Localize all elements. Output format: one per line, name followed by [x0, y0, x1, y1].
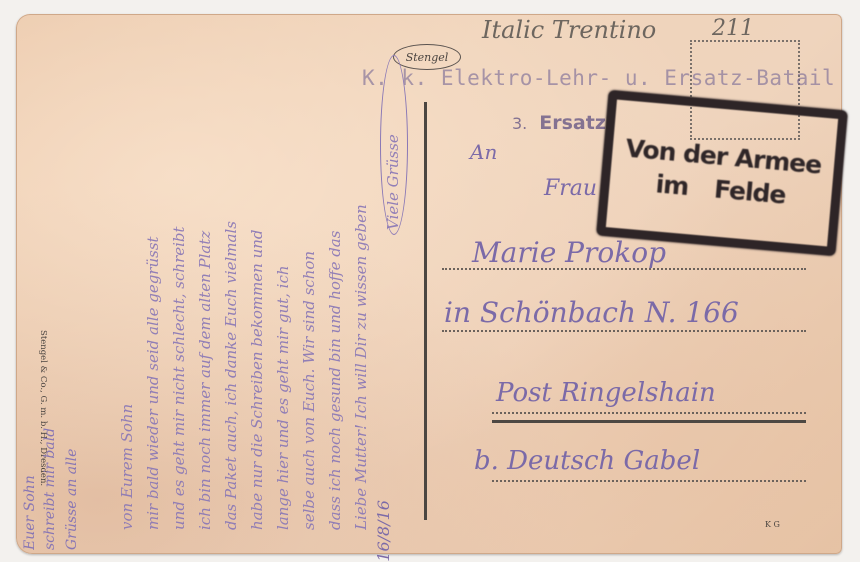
address-title: Frau [544, 176, 597, 201]
message-line: das Paket auch, ich danke Euch vielmals [222, 30, 244, 530]
army-stamp-word-im: im [654, 169, 689, 201]
address-underline-solid [492, 420, 806, 423]
message-line: dass ich noch gesund bin und hoffe das [326, 30, 348, 530]
address-name: Marie Prokop [472, 236, 666, 269]
army-field-post-stamp: Von der Armee imFelde [596, 90, 848, 256]
army-stamp-word-felde: Felde [713, 174, 787, 209]
army-stamp-line-2: imFelde [654, 169, 786, 209]
address-street: in Schönbach N. 166 [444, 296, 739, 329]
corner-mark: K G [765, 520, 780, 529]
address-district: b. Deutsch Gabel [474, 446, 700, 476]
message-line: selbe auch von Euch. Wir sind schon [300, 30, 322, 530]
address-divider-line [424, 102, 427, 520]
message-line: Liebe Mutter! Ich will Dir zu wissen geb… [352, 30, 374, 530]
margin-note-line: schreibt mir bald [42, 30, 64, 550]
message-line: und es geht mir nicht schlecht, schreibt [170, 30, 192, 530]
unit-cancel-line-2: 3.Ersatz [512, 112, 606, 134]
message-line: mir bald wieder und seid alle gegrüsst [144, 30, 166, 530]
address-salutation: An [470, 140, 497, 164]
message-line: lange hier und es geht mir gut, ich [274, 30, 296, 530]
army-stamp-line-1: Von der Armee [624, 134, 822, 180]
message-line: von Eurem Sohn [118, 30, 140, 530]
pencil-note: Italic Trentino [482, 16, 656, 44]
unit-cancel-text: Ersatz [539, 112, 606, 134]
address-line-2 [442, 330, 806, 332]
margin-note-line: Grüsse an alle [64, 30, 86, 550]
unit-cancel-line-1: K. k. Elektro-Lehr- u. Ersatz-Batail [362, 66, 835, 90]
message-body: Liebe Mutter! Ich will Dir zu wissen geb… [90, 30, 410, 530]
message-line: habe nur die Schreiben bekommen und [248, 30, 270, 530]
margin-note-line: Euer Sohn [22, 30, 44, 550]
publisher-stamp-text: Stengel [406, 51, 449, 64]
unit-cancel-number: 3. [512, 114, 527, 133]
address-post-office: Post Ringelshain [496, 378, 716, 408]
address-line-3 [492, 412, 806, 414]
address-line-4 [492, 480, 806, 482]
message-line: ich bin noch immer auf dem alten Platz [196, 30, 218, 530]
pencil-number: 211 [712, 16, 754, 41]
